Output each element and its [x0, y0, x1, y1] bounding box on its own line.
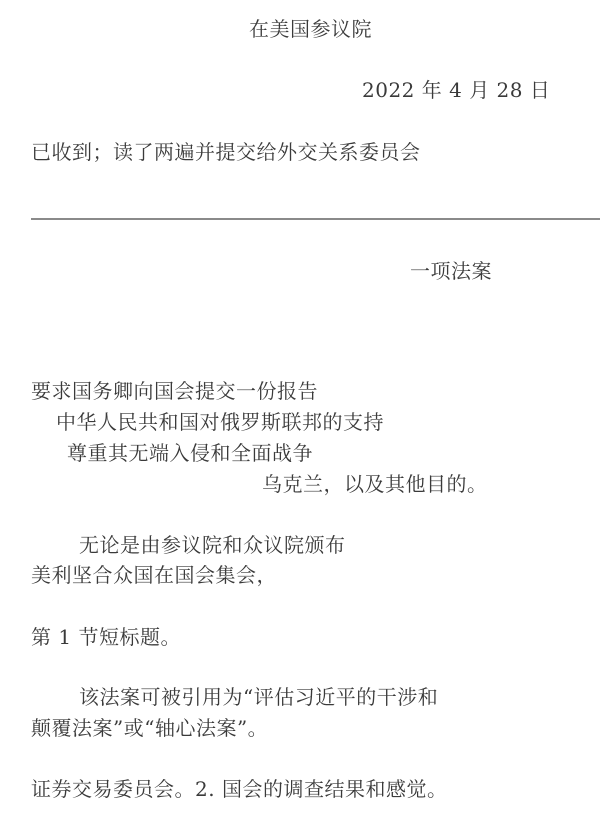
enacting-line: 无论是由参议院和众议院颁布 [79, 533, 346, 557]
purpose-line: 乌克兰，以及其他目的。 [262, 472, 488, 496]
purpose-line: 要求国务卿向国会提交一份报告 [31, 379, 318, 403]
section-1-line: 颠覆法案”或“轴心法案”。 [31, 716, 268, 740]
purpose-line: 中华人民共和国对俄罗斯联邦的支持 [56, 410, 384, 434]
referral-note: 已收到；读了两遍并提交给外交关系委员会 [31, 140, 421, 164]
horizontal-divider [31, 218, 600, 220]
section-2-heading: 证券交易委员会。2. 国会的调查结果和感觉。 [31, 777, 447, 801]
section-1-heading: 第 1 节短标题。 [31, 625, 181, 649]
chamber-heading: 在美国参议院 [249, 17, 372, 41]
purpose-line: 尊重其无端入侵和全面战争 [67, 441, 313, 465]
section-1-line: 该法案可被引用为“评估习近平的干涉和 [79, 685, 438, 709]
bill-date: 2022 年 4 月 28 日 [362, 78, 550, 102]
bill-type-title: 一项法案 [410, 259, 492, 283]
enacting-line: 美利坚合众国在国会集会， [31, 563, 277, 587]
